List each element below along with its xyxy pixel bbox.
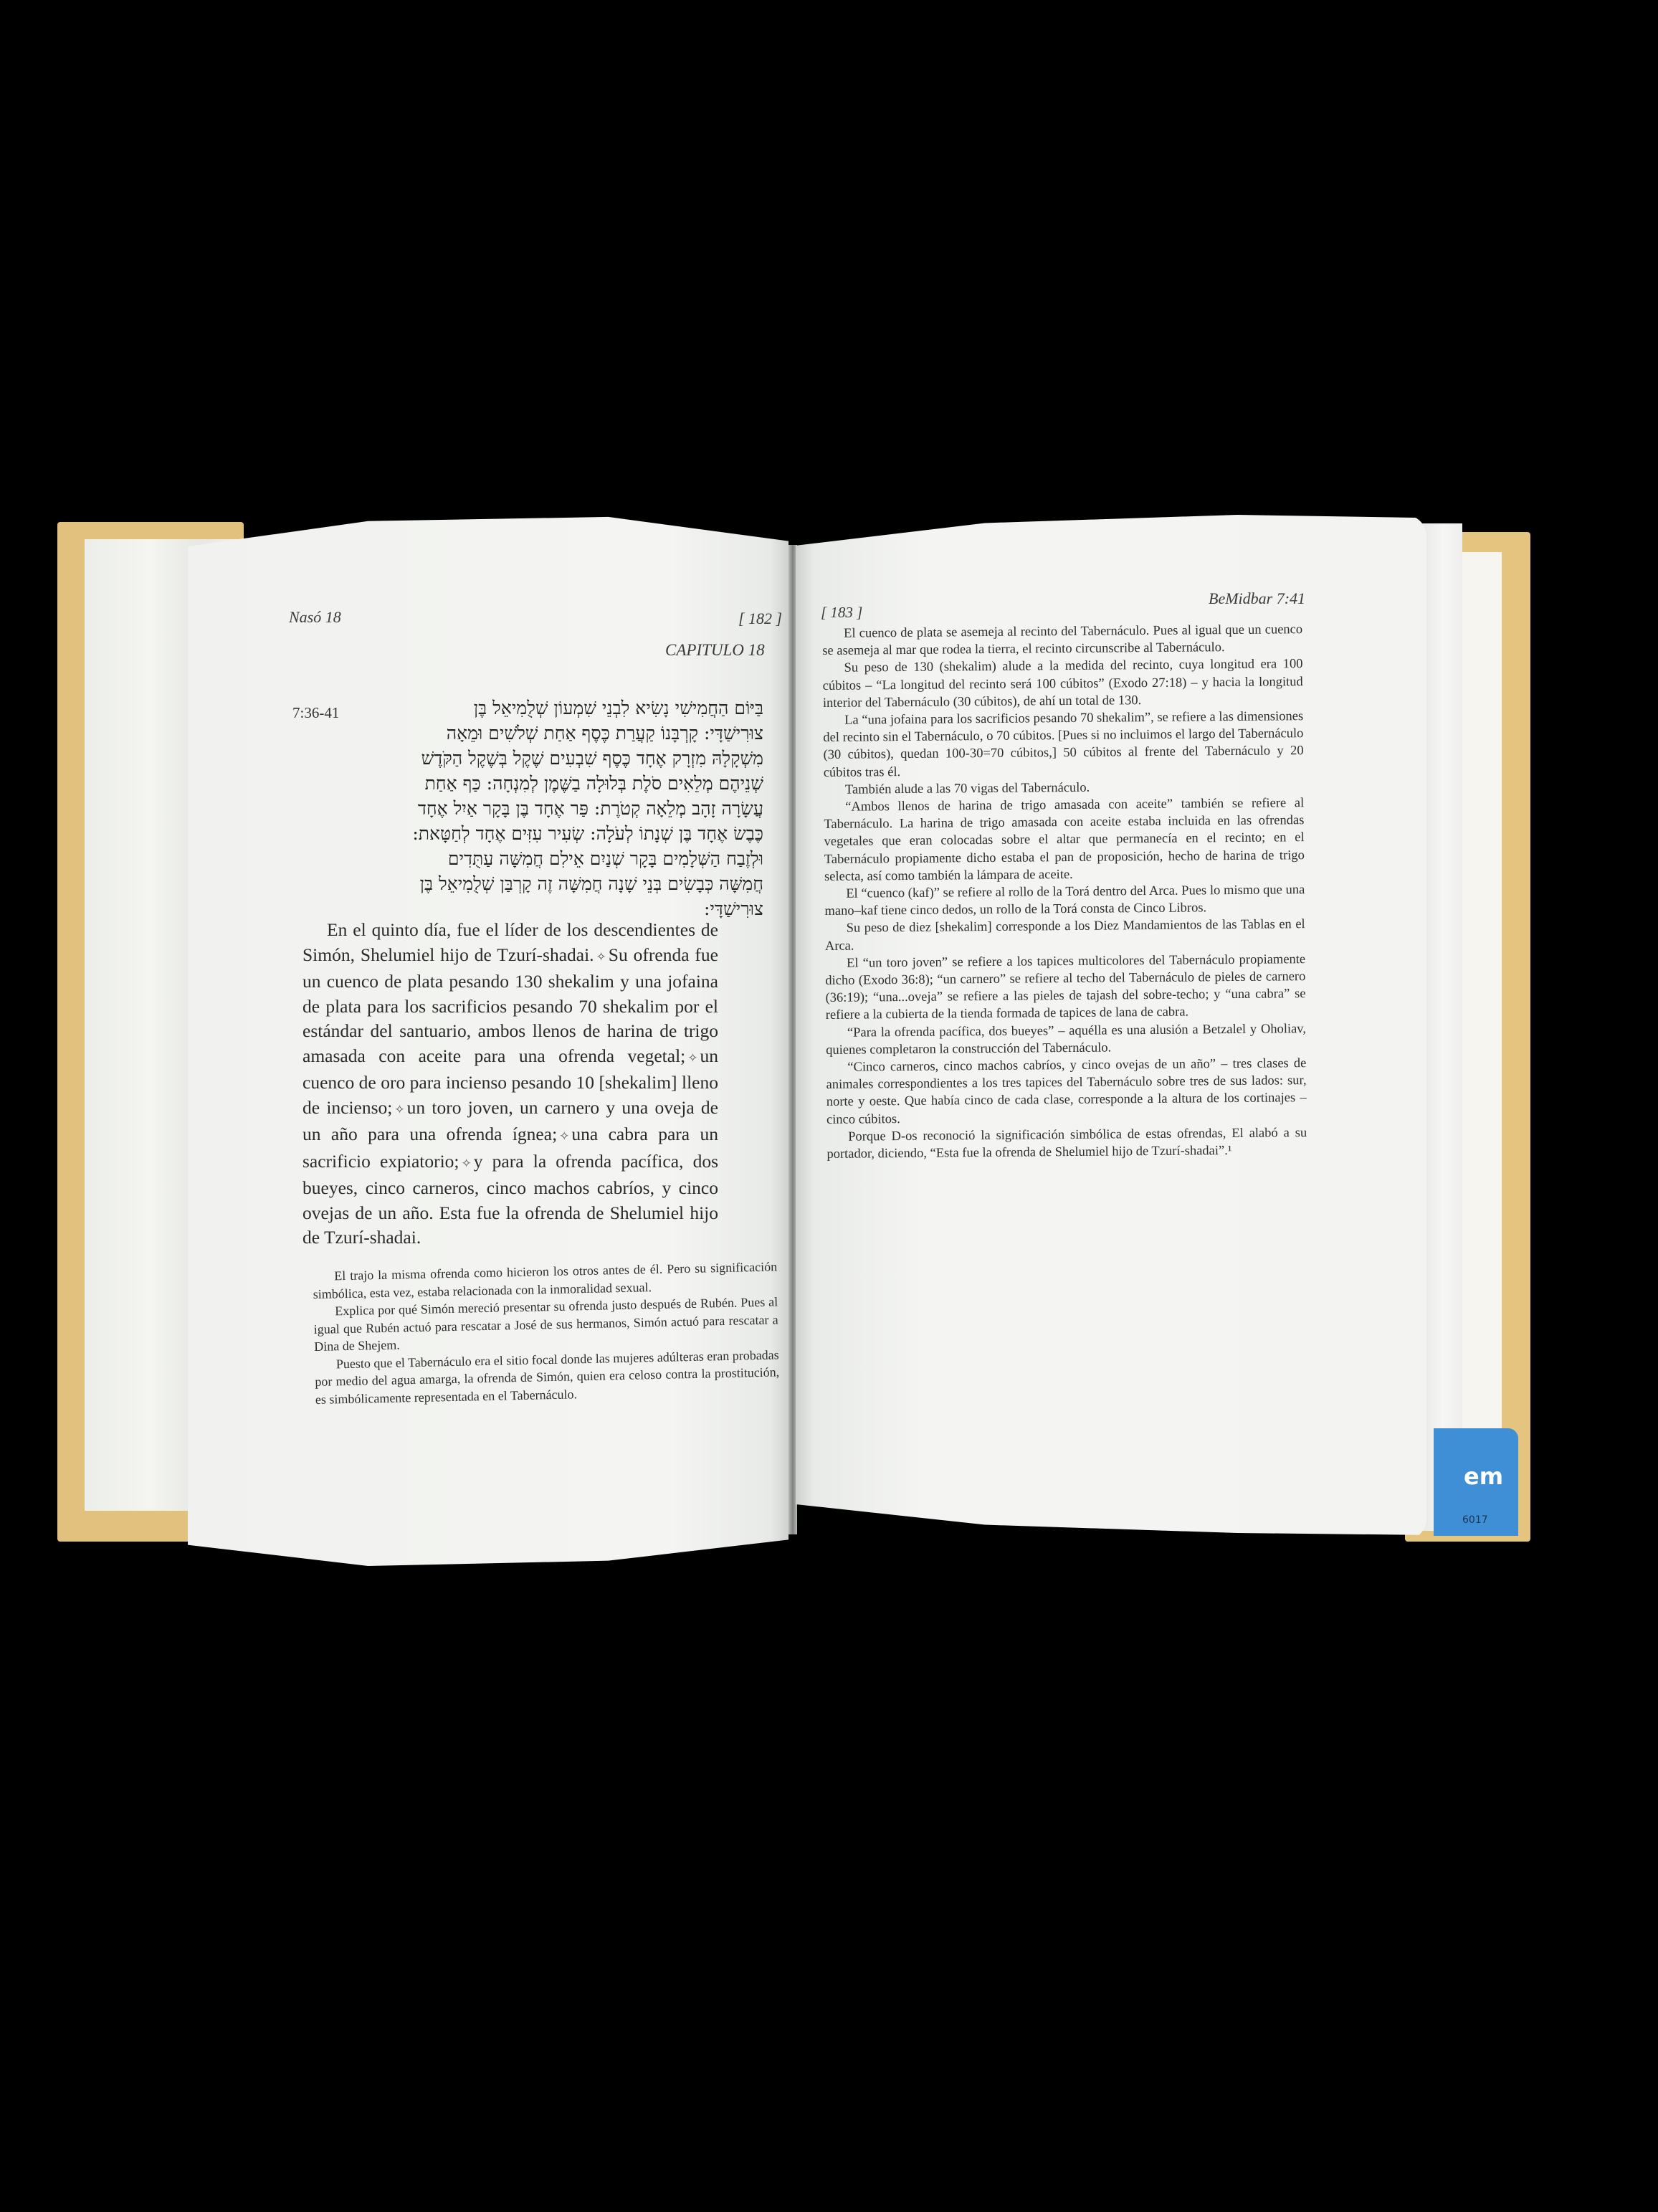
hebrew-line: עֲשָׂרָה זָהָב מְלֵאָה קְטֹרֶת: פַּר אֶח… — [376, 796, 763, 821]
hebrew-line: חֲמִשָּׁה כְּבָשִׂים בְּנֵי שָׁנָה חֲמִש… — [376, 871, 763, 896]
commentary-paragraph: “Ambos llenos de harina de trigo amasada… — [824, 794, 1305, 886]
commentary-paragraph: “Para la ofrenda pacífica, dos bueyes” –… — [826, 1020, 1306, 1059]
right-running-head: BeMidbar 7:41 — [1209, 589, 1305, 608]
translation-paragraph: En el quinto día, fue el líder de los de… — [302, 918, 718, 1250]
hebrew-text-block: בַּיּוֹם הַחֲמִישִׁי נָשִׂיא לִבְנֵי שִׁ… — [376, 696, 763, 921]
commentary-paragraph: El “cuenco (kaf)” se refiere al rollo de… — [824, 881, 1305, 920]
diamond-marker-icon: ✧ — [559, 1129, 569, 1143]
verse-reference: 7:36-41 — [292, 704, 339, 722]
hebrew-line: וּלְזֶבַח הַשְּׁלָמִים בָּקָר שְׁנַיִם א… — [376, 846, 763, 871]
bookmark-tab-sublabel: 6017 — [1462, 1514, 1488, 1526]
right-page-number: [ 183 ] — [821, 604, 862, 622]
hebrew-line: שְׁנֵיהֶם מְלֵאִים סֹלֶת בְּלוּלָה בַשֶּ… — [376, 771, 763, 796]
hebrew-line: מִשְׁקָלָהּ מִזְרָק אֶחָד כֶּסֶף שִׁבְעִ… — [376, 746, 763, 771]
diamond-marker-icon: ✧ — [394, 1103, 404, 1116]
commentary-paragraph: Su peso de diez [shekalim] corresponde a… — [825, 916, 1305, 955]
commentary-paragraph: Explica por qué Simón mereció presentar … — [313, 1293, 778, 1355]
chapter-heading: CAPITULO 18 — [665, 641, 765, 660]
hebrew-line: כֶּבֶשׂ אֶחָד בֶּן שְׁנָתוֹ לְעֹלָה: שְׂ… — [376, 821, 763, 846]
endpaper-right — [1459, 552, 1502, 1477]
commentary-paragraph: Porque D-os reconoció la significación s… — [826, 1124, 1307, 1163]
diamond-marker-icon: ✧ — [687, 1051, 697, 1065]
hebrew-line: בַּיּוֹם הַחֲמִישִׁי נָשִׂיא לִבְנֵי שִׁ… — [376, 696, 763, 721]
left-running-head: Nasó 18 — [289, 608, 341, 627]
bookmark-tab-label: em — [1464, 1463, 1503, 1490]
diamond-marker-icon: ✧ — [462, 1157, 472, 1170]
commentary-paragraph: El cuenco de plata se asemeja al recinto… — [822, 621, 1302, 660]
commentary-paragraph: “Cinco carneros, cinco machos cabríos, y… — [826, 1055, 1307, 1129]
commentary-paragraph: Puesto que el Tabernáculo era el sitio f… — [315, 1346, 780, 1408]
commentary-right: El cuenco de plata se asemeja al recinto… — [822, 621, 1307, 1163]
translation-block: En el quinto día, fue el líder de los de… — [302, 918, 718, 1250]
left-page-number: [ 182 ] — [738, 609, 782, 628]
commentary-paragraph: El “un toro joven” se refiere a los tapi… — [825, 951, 1306, 1025]
commentary-notes-left: El trajo la misma ofrenda como hicieron … — [313, 1258, 780, 1408]
hebrew-line: צוּרִישַׁדָּי: קָרְבָּנוֹ קַעֲרַת כֶּסֶף… — [376, 721, 763, 746]
commentary-paragraph: Su peso de 130 (shekalim) alude a la med… — [822, 656, 1303, 712]
diamond-marker-icon: ✧ — [596, 950, 606, 964]
commentary-paragraph: La “una jofaina para los sacrificios pes… — [823, 708, 1304, 782]
